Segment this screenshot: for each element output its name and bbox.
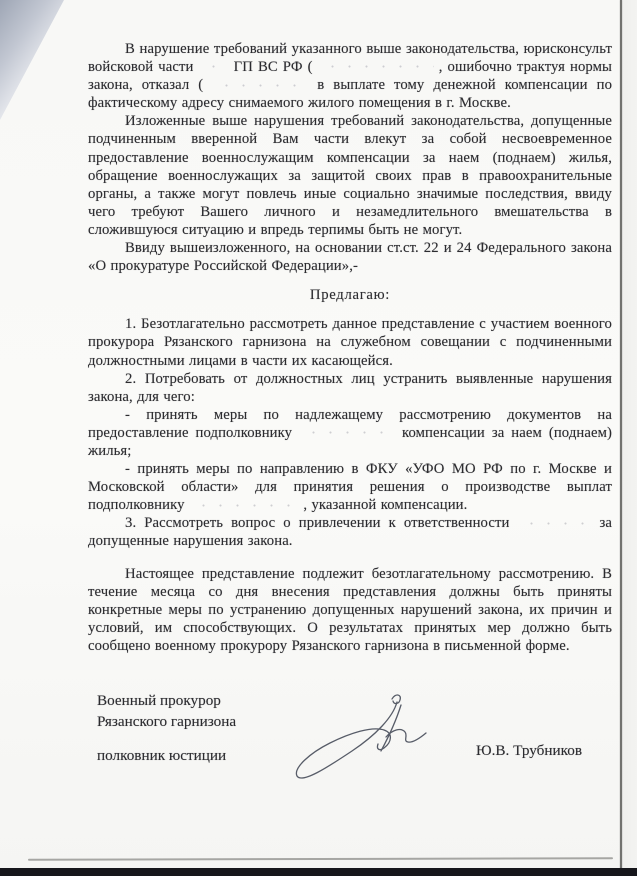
document-body: В нарушение требований указанного выше з…: [88, 40, 612, 655]
text-run: ГП ВС РФ (: [234, 59, 313, 75]
item-1: 1. Безотлагательно рассмотреть данное пр…: [88, 315, 612, 369]
text-run: , указанной компенсации.: [303, 497, 467, 513]
para-closing: Настоящее представление подлежит безотла…: [88, 565, 612, 655]
text-run: 3. Рассмотреть вопрос о привлечении к от…: [125, 515, 509, 531]
redaction-gap: [212, 80, 308, 89]
handwritten-signature-ink: [288, 693, 440, 811]
page-corner-fold-artifact: [0, 0, 64, 120]
page-bottom-edge: [28, 857, 613, 861]
item-2-bullet-1: - принять меры по надлежащему рассмотрен…: [88, 406, 612, 460]
redaction-gap: [517, 518, 591, 527]
item-2-bullet-2: - принять меры по направлению в ФКУ «УФО…: [88, 460, 612, 514]
heading-propose: Предлагаю:: [88, 286, 612, 304]
scanned-document-page: В нарушение требований указанного выше з…: [0, 0, 637, 876]
text-run: Ввиду вышеизложенного, на основании ст.с…: [88, 240, 612, 274]
redaction-gap: [318, 62, 434, 71]
para-legal-basis: Ввиду вышеизложенного, на основании ст.с…: [88, 239, 612, 275]
item-2: 2. Потребовать от должностных лиц устран…: [88, 370, 612, 406]
signatory-name: Ю.В. Трубников: [476, 740, 582, 761]
para-consequences: Изложенные выше нарушения требований зак…: [88, 112, 612, 239]
page-edge-line: [620, 0, 622, 876]
redaction-gap: [199, 62, 229, 71]
text-run: 1. Безотлагательно рассмотреть данное пр…: [88, 316, 612, 368]
para-violation-intro: В нарушение требований указанного выше з…: [88, 40, 612, 112]
redaction-gap: [189, 500, 299, 509]
scanner-margin: [622, 0, 637, 876]
scan-bottom-bar: [0, 868, 637, 876]
redaction-gap: [299, 428, 395, 437]
text-run: Настоящее представление подлежит безотла…: [88, 566, 612, 654]
text-run: 2. Потребовать от должностных лиц устран…: [88, 371, 612, 405]
text-run: Предлагаю:: [310, 287, 390, 303]
item-3: 3. Рассмотреть вопрос о привлечении к от…: [88, 514, 612, 550]
text-run: Изложенные выше нарушения требований зак…: [88, 113, 612, 238]
